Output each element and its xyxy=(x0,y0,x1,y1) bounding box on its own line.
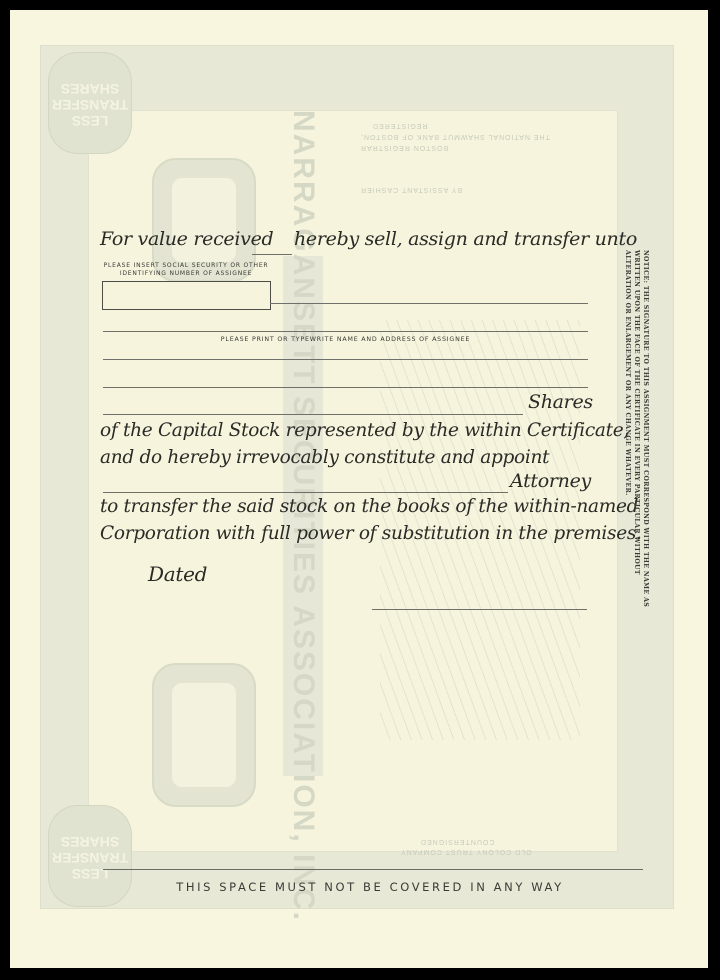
do-not-cover-warning: THIS SPACE MUST NOT BE COVERED IN ANY WA… xyxy=(100,880,640,894)
registrar-ghost-line: THE NATIONAL SHAWMUT BANK OF BOSTON, xyxy=(360,133,550,140)
sell-assign-transfer-text: hereby sell, assign and transfer unto xyxy=(294,228,637,250)
attorney-word: Attorney xyxy=(510,470,591,492)
footer-divider xyxy=(103,869,643,870)
assignee-line-2[interactable] xyxy=(103,331,588,332)
dated-word: Dated xyxy=(148,562,207,586)
registrar-ghost-line: REGISTERED xyxy=(372,122,428,129)
registrar-ghost-line: BOSTON REGISTRAR xyxy=(360,144,448,151)
ssn-label-line-1: PLEASE INSERT SOCIAL SECURITY OR OTHER xyxy=(100,262,272,269)
assignee-line-3[interactable] xyxy=(103,359,588,360)
for-value-received-text: For value received xyxy=(100,228,273,250)
ssn-input-box[interactable] xyxy=(102,281,271,310)
capital-stock-text: of the Capital Stock represented by the … xyxy=(100,420,629,441)
registrar-ghost-line: BY ASSISTANT CASHIER xyxy=(360,186,462,193)
transfer-text: to transfer the said stock on the books … xyxy=(100,496,638,517)
corner-medallion-top-left: LESS TRANSFER SHARES xyxy=(48,52,132,154)
corporation-text: Corporation with full power of substitut… xyxy=(100,523,642,544)
assignee-line-1[interactable] xyxy=(270,303,588,304)
shares-count-line[interactable] xyxy=(103,414,523,415)
ssn-label-line-2: IDENTIFYING NUMBER OF ASSIGNEE xyxy=(100,270,272,277)
attorney-name-line[interactable] xyxy=(103,492,508,493)
vignette-bottom-show-through xyxy=(152,663,256,807)
countersigned-ghost-line: COUNTERSIGNED xyxy=(420,838,494,845)
shares-word: Shares xyxy=(528,391,593,413)
signature-notice: NOTICE: THE SIGNATURE TO THIS ASSIGNMENT… xyxy=(610,250,650,610)
appoint-text: and do hereby irrevocably constitute and… xyxy=(100,447,549,468)
assignee-line-4[interactable] xyxy=(103,387,588,388)
name-address-label: PLEASE PRINT OR TYPEWRITE NAME AND ADDRE… xyxy=(103,336,588,343)
signature-line[interactable] xyxy=(372,609,587,610)
assignor-blank-line xyxy=(252,254,292,255)
countersigned-ghost-line: OLD COLONY TRUST COMPANY xyxy=(400,848,532,855)
